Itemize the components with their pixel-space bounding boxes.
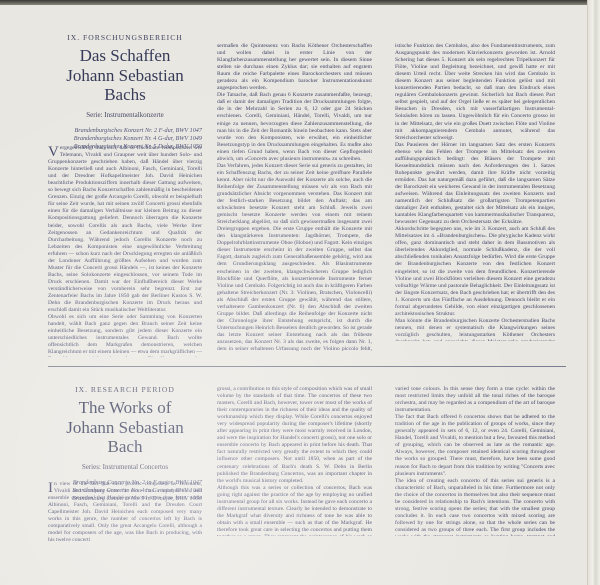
page-right-edge <box>587 0 600 585</box>
english-dropcap: I <box>48 482 53 494</box>
english-paragraph: The fact that Bach offered 6 concertos s… <box>395 414 555 477</box>
german-paragraph: ergegenwärtigt man sich, daß so fruchtba… <box>48 145 202 314</box>
german-column-2: sermaßen die Quintessenz von Bachs Köthe… <box>217 43 372 353</box>
english-paragraph: grossi, a contribution to this style of … <box>217 386 372 485</box>
english-title: The Works of Johann Sebastian Bach <box>48 398 202 457</box>
german-period: IX. Forschungsbereich <box>48 33 202 42</box>
english-series: Series: Instrumental Concertos <box>48 463 202 471</box>
german-paragraph: Obwohl es sich um eine Serie oder Sammlu… <box>48 314 202 357</box>
german-paragraph: istische Funktion des Cembalos, also des… <box>395 43 555 142</box>
german-dropcap: V <box>48 146 59 158</box>
german-title: Das Schaffen Johann Sebastian Bachs <box>48 46 202 105</box>
work-item: Brandenburgisches Konzert Nr. 4 G-dur, B… <box>48 135 202 143</box>
english-paragraph: n view of the fact that such prolific co… <box>48 481 202 544</box>
english-column-1: I n view of the fact that such prolific … <box>48 481 202 544</box>
english-paragraph: The idea of creating each concerto of th… <box>395 478 555 536</box>
german-heading: IX. Forschungsbereich Das Schaffen Johan… <box>48 33 202 151</box>
work-item: Brandenburgisches Konzert Nr. 2 F-dur, B… <box>48 127 202 135</box>
german-column-3: istische Funktion des Cembalos, also des… <box>395 43 555 341</box>
german-series: Serie: Instrumentalkonzerte <box>48 111 202 119</box>
section-divider <box>48 366 566 367</box>
english-column-2: grossi, a contribution to this style of … <box>217 386 372 536</box>
german-paragraph: Akkordschritte begegnen uns, wie im 3. K… <box>395 226 555 318</box>
german-paragraph: sermaßen die Quintessenz von Bachs Köthe… <box>217 43 372 92</box>
german-column-1: V ergegenwärtigt man sich, daß so frucht… <box>48 145 202 357</box>
german-paragraph: Man könnte die Brandenburgischen Konzert… <box>395 318 555 341</box>
german-paragraph: Das Pausieren der Hörner im langsamen Sa… <box>395 142 555 227</box>
english-paragraph: Although this was a series or collection… <box>217 485 372 536</box>
english-paragraph: varied tone colours. In this sense they … <box>395 386 555 414</box>
german-paragraph: Die Tatsache, daß Bach genau 6 Konzerte … <box>217 92 372 162</box>
german-paragraph: Das Verfahren, jedes Konzert dieser Seri… <box>217 163 372 353</box>
english-column-3: varied tone colours. In this sense they … <box>395 386 555 536</box>
page-top-edge <box>0 0 600 5</box>
english-period: IX. Research Period <box>48 385 202 394</box>
